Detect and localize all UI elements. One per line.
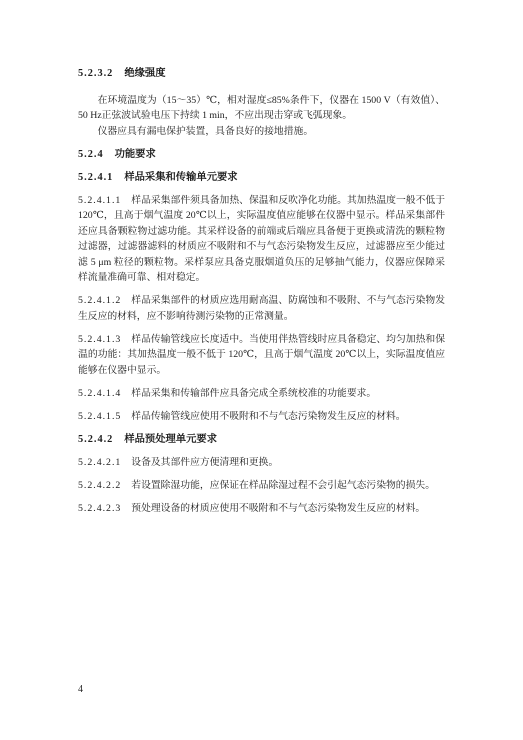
clause-paragraph: 5.2.4.2.3预处理设备的材质应使用不吸附和不与气态污染物发生反应的材料。	[78, 501, 445, 517]
section-heading-sampling-transfer-unit: 5.2.4.1样品采集和传输单元要求	[78, 170, 445, 186]
clause-number: 5.2.4.1.3	[78, 334, 121, 345]
page-number: 4	[78, 683, 83, 697]
clause-text: 样品传输管线应长度适中。当使用伴热管线时应具备稳定、均匀加热和保温的功能：其加热…	[78, 334, 445, 376]
section-number: 5.2.4	[78, 149, 104, 160]
section-title: 绝缘强度	[124, 68, 165, 79]
clause-text: 若设置除湿功能，应保证在样品除湿过程不会引起气态污染物的损失。	[131, 480, 435, 491]
clause-number: 5.2.4.2.1	[78, 457, 121, 468]
clause-number: 5.2.4.1.2	[78, 295, 121, 306]
body-paragraph: 仪器应具有漏电保护装置，具备良好的接地措施。	[78, 124, 445, 140]
section-title: 样品预处理单元要求	[124, 434, 217, 445]
clause-paragraph: 5.2.4.1.4样品采集和传输部件应具备完成全系统校准的功能要求。	[78, 386, 445, 402]
clause-paragraph: 5.2.4.1.5样品传输管线应使用不吸附和不与气态污染物发生反应的材料。	[78, 409, 445, 425]
clause-text: 样品传输管线应使用不吸附和不与气态污染物发生反应的材料。	[131, 411, 405, 422]
clause-text: 预处理设备的材质应使用不吸附和不与气态污染物发生反应的材料。	[131, 503, 425, 514]
clause-number: 5.2.4.1.1	[78, 195, 121, 206]
section-number: 5.2.4.1	[78, 172, 113, 183]
clause-paragraph: 5.2.4.2.2若设置除湿功能，应保证在样品除湿过程不会引起气态污染物的损失。	[78, 478, 445, 494]
clause-number: 5.2.4.2.3	[78, 503, 121, 514]
section-number: 5.2.4.2	[78, 434, 113, 445]
section-heading-sample-pretreatment-unit: 5.2.4.2样品预处理单元要求	[78, 432, 445, 448]
section-heading-insulation-strength: 5.2.3.2绝缘强度	[78, 66, 445, 82]
section-heading-functional-requirements: 5.2.4功能要求	[78, 147, 445, 163]
clause-text: 样品采集和传输部件应具备完成全系统校准的功能要求。	[131, 388, 376, 399]
standard-document-page: 5.2.3.2绝缘强度 在环境温度为（15～35）℃，相对湿度≤85%条件下，仪…	[0, 0, 523, 740]
section-title: 样品采集和传输单元要求	[124, 172, 237, 183]
section-number: 5.2.3.2	[78, 68, 113, 79]
clause-text: 样品采集部件须具备加热、保温和反吹净化功能。其加热温度一般不低于 120℃，且高…	[78, 195, 445, 284]
clause-paragraph: 5.2.4.1.1样品采集部件须具备加热、保温和反吹净化功能。其加热温度一般不低…	[78, 193, 445, 286]
clause-paragraph: 5.2.4.1.2样品采集部件的材质应选用耐高温、防腐蚀和不吸附、不与气态污染物…	[78, 293, 445, 324]
clause-paragraph: 5.2.4.1.3样品传输管线应长度适中。当使用伴热管线时应具备稳定、均匀加热和…	[78, 332, 445, 379]
clause-text: 样品采集部件的材质应选用耐高温、防腐蚀和不吸附、不与气态污染物发生反应的材料，应…	[78, 295, 445, 322]
clause-text: 设备及其部件应方便清理和更换。	[131, 457, 278, 468]
clause-number: 5.2.4.1.4	[78, 388, 121, 399]
page-content: 5.2.3.2绝缘强度 在环境温度为（15～35）℃，相对湿度≤85%条件下，仪…	[78, 66, 445, 524]
clause-number: 5.2.4.1.5	[78, 411, 121, 422]
section-title: 功能要求	[115, 149, 156, 160]
body-paragraph: 在环境温度为（15～35）℃，相对湿度≤85%条件下，仪器在 1500 V（有效…	[78, 93, 445, 124]
clause-paragraph: 5.2.4.2.1设备及其部件应方便清理和更换。	[78, 455, 445, 471]
clause-number: 5.2.4.2.2	[78, 480, 121, 491]
